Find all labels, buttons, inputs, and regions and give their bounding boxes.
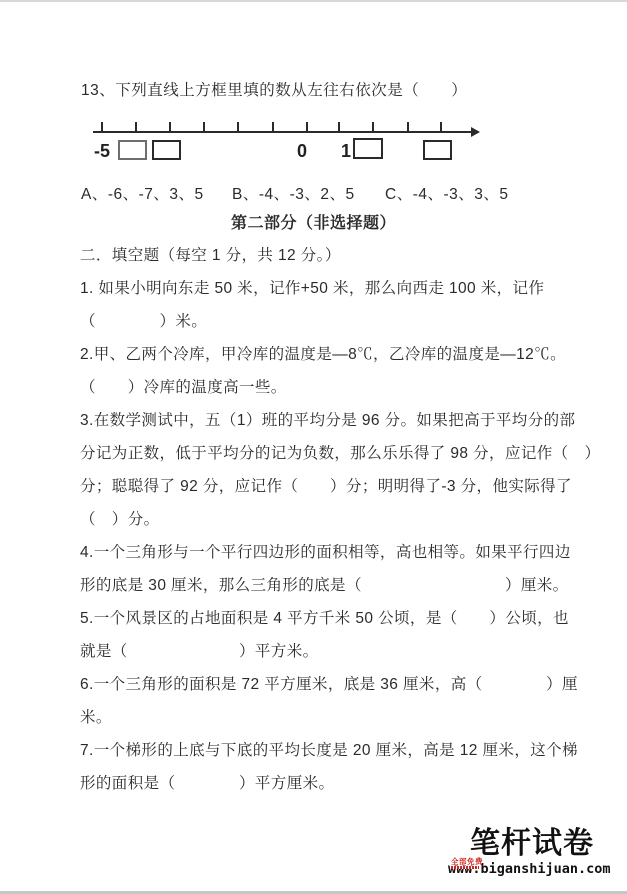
axis-line [93, 131, 475, 133]
exam-page: 13、下列直线上方框里填的数从左往右依次是（ ） -5 0 1 A、-6、-7、… [0, 0, 627, 894]
answer-box [423, 140, 452, 160]
tick-mark [272, 122, 274, 132]
part2-heading: 第二部分（非选择题） [0, 210, 627, 233]
tick-mark [306, 122, 308, 132]
tick-mark [135, 122, 137, 132]
option-a: A、-6、-7、3、5 [81, 182, 204, 204]
question-line: （ ）分。 [80, 503, 610, 536]
axis-label-one: 1 [341, 141, 351, 162]
fill-in-title: 二．填空题（每空 1 分，共 12 分。） [80, 239, 610, 272]
answer-options: A、-6、-7、3、5 B、-4、-3、2、5 C、-4、-3、3、5 [80, 182, 580, 204]
tick-mark [203, 122, 205, 132]
tick-mark [101, 122, 103, 132]
axis-label-minus5: -5 [94, 141, 110, 162]
option-b: B、-4、-3、2、5 [232, 182, 355, 204]
question-line: 5.一个风景区的占地面积是 4 平方千米 50 公顷，是（ ）公顷，也 [80, 602, 610, 635]
question-line: 形的面积是（ ）平方厘米。 [80, 767, 610, 800]
question-line: 就是（ ）平方米。 [80, 635, 610, 668]
question-line: 米。 [80, 701, 610, 734]
question-line: 形的底是 30 厘米，那么三角形的底是（ ）厘米。 [80, 569, 610, 602]
answer-box [152, 140, 181, 160]
question-line: 7.一个梯形的上底与下底的平均长度是 20 厘米，高是 12 厘米，这个梯 [80, 734, 610, 767]
answer-box [118, 140, 147, 160]
tick-mark [338, 122, 340, 132]
question-line: （ ）米。 [80, 305, 610, 338]
question-line: 2.甲、乙两个冷库，甲冷库的温度是—8℃，乙冷库的温度是—12℃。 [80, 338, 610, 371]
question-line: 分记为正数，低于平均分的记为负数，那么乐乐得了 98 分，应记作（ ） [80, 437, 610, 470]
tick-mark [407, 122, 409, 132]
option-c: C、-4、-3、3、5 [385, 182, 509, 204]
stamp-underline [451, 866, 479, 869]
site-logo: 笔杆试卷 www.biganshijuan.com 全部免费 [448, 824, 606, 877]
tick-mark [169, 122, 171, 132]
tick-mark [440, 122, 442, 132]
fill-in-section: 二．填空题（每空 1 分，共 12 分。） 1. 如果小明向东走 50 米，记作… [80, 239, 610, 800]
question-line: 1. 如果小明向东走 50 米，记作+50 米，那么向西走 100 米，记作 [80, 272, 610, 305]
question-line: 分；聪聪得了 92 分，应记作（ ）分；明明得了-3 分，他实际得了 [80, 470, 610, 503]
number-line-figure: -5 0 1 [80, 114, 490, 178]
question-line: 4.一个三角形与一个平行四边形的面积相等，高也相等。如果平行四边 [80, 536, 610, 569]
tick-mark [372, 122, 374, 132]
question-line: （ ）冷库的温度高一些。 [80, 371, 610, 404]
axis-label-zero: 0 [297, 141, 307, 162]
answer-box [353, 138, 383, 159]
question-13-text: 13、下列直线上方框里填的数从左往右依次是（ ） [81, 78, 467, 100]
question-line: 3.在数学测试中，五（1）班的平均分是 96 分。如果把高于平均分的部 [80, 404, 610, 437]
tick-mark [237, 122, 239, 132]
axis-arrowhead-icon [471, 127, 480, 137]
question-line: 6.一个三角形的面积是 72 平方厘米，底是 36 厘米，高（ ）厘 [80, 668, 610, 701]
